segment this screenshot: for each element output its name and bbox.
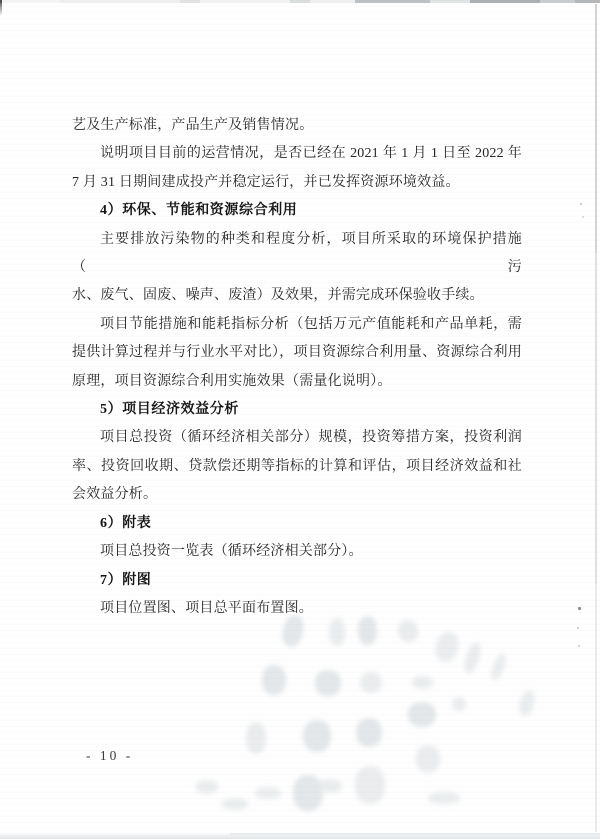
text-line: 项目总投资一览表（循环经济相关部分）。: [72, 538, 522, 566]
scan-edge-left: [0, 0, 2, 16]
section-heading-5: 5）项目经济效益分析: [72, 396, 522, 424]
text-line: 说明项目目前的运营情况，是否已经在 2021 年 1 月 1 日至 2022 年: [72, 140, 522, 168]
scan-speck: [580, 203, 582, 205]
text-line: 提供计算过程并与行业水平对比），项目资源综合利用量、资源综合利用: [72, 339, 522, 367]
section-heading-4: 4）环保、节能和资源综合利用: [72, 197, 522, 225]
scan-streak: [230, 833, 600, 835]
page-number: - 10 -: [86, 748, 133, 764]
text-line: 主要排放污染物的种类和程度分析，项目所采取的环境保护措施（污: [72, 226, 522, 283]
text-line: 艺及生产标准，产品生产及销售情况。: [72, 112, 522, 140]
text-line: 项目位置图、项目总平面布置图。: [72, 595, 522, 623]
scan-speck: [578, 645, 580, 647]
section-heading-6: 6）附表: [72, 510, 522, 538]
document-body: 艺及生产标准，产品生产及销售情况。 说明项目目前的运营情况，是否已经在 2021…: [72, 112, 522, 623]
scan-speck: [582, 216, 584, 218]
text-line: 项目节能措施和能耗指标分析（包括万元产值能耗和产品单耗，需: [72, 311, 522, 339]
document-page: 艺及生产标准，产品生产及销售情况。 说明项目目前的运营情况，是否已经在 2021…: [0, 0, 600, 839]
scan-speck: [578, 607, 581, 610]
text-line: 率、投资回收期、贷款偿还期等指标的计算和评估，项目经济效益和社: [72, 453, 522, 481]
section-heading-7: 7）附图: [72, 567, 522, 595]
scan-edge-right: [595, 4, 597, 832]
text-line: 原理，项目资源综合利用实施效果（需量化说明）。: [72, 368, 522, 396]
scan-speck: [577, 627, 579, 629]
text-line: 7 月 31 日期间建成投产并稳定运行，并已发挥资源环境效益。: [72, 169, 522, 197]
text-line: 会效益分析。: [72, 481, 522, 509]
scan-edge-top: [0, 0, 600, 3]
text-line: 水、废气、固废、噪声、废渣）及效果，并需完成环保验收手续。: [72, 282, 522, 310]
text-line: 项目总投资（循环经济相关部分）规模，投资筹措方案，投资利润: [72, 424, 522, 452]
